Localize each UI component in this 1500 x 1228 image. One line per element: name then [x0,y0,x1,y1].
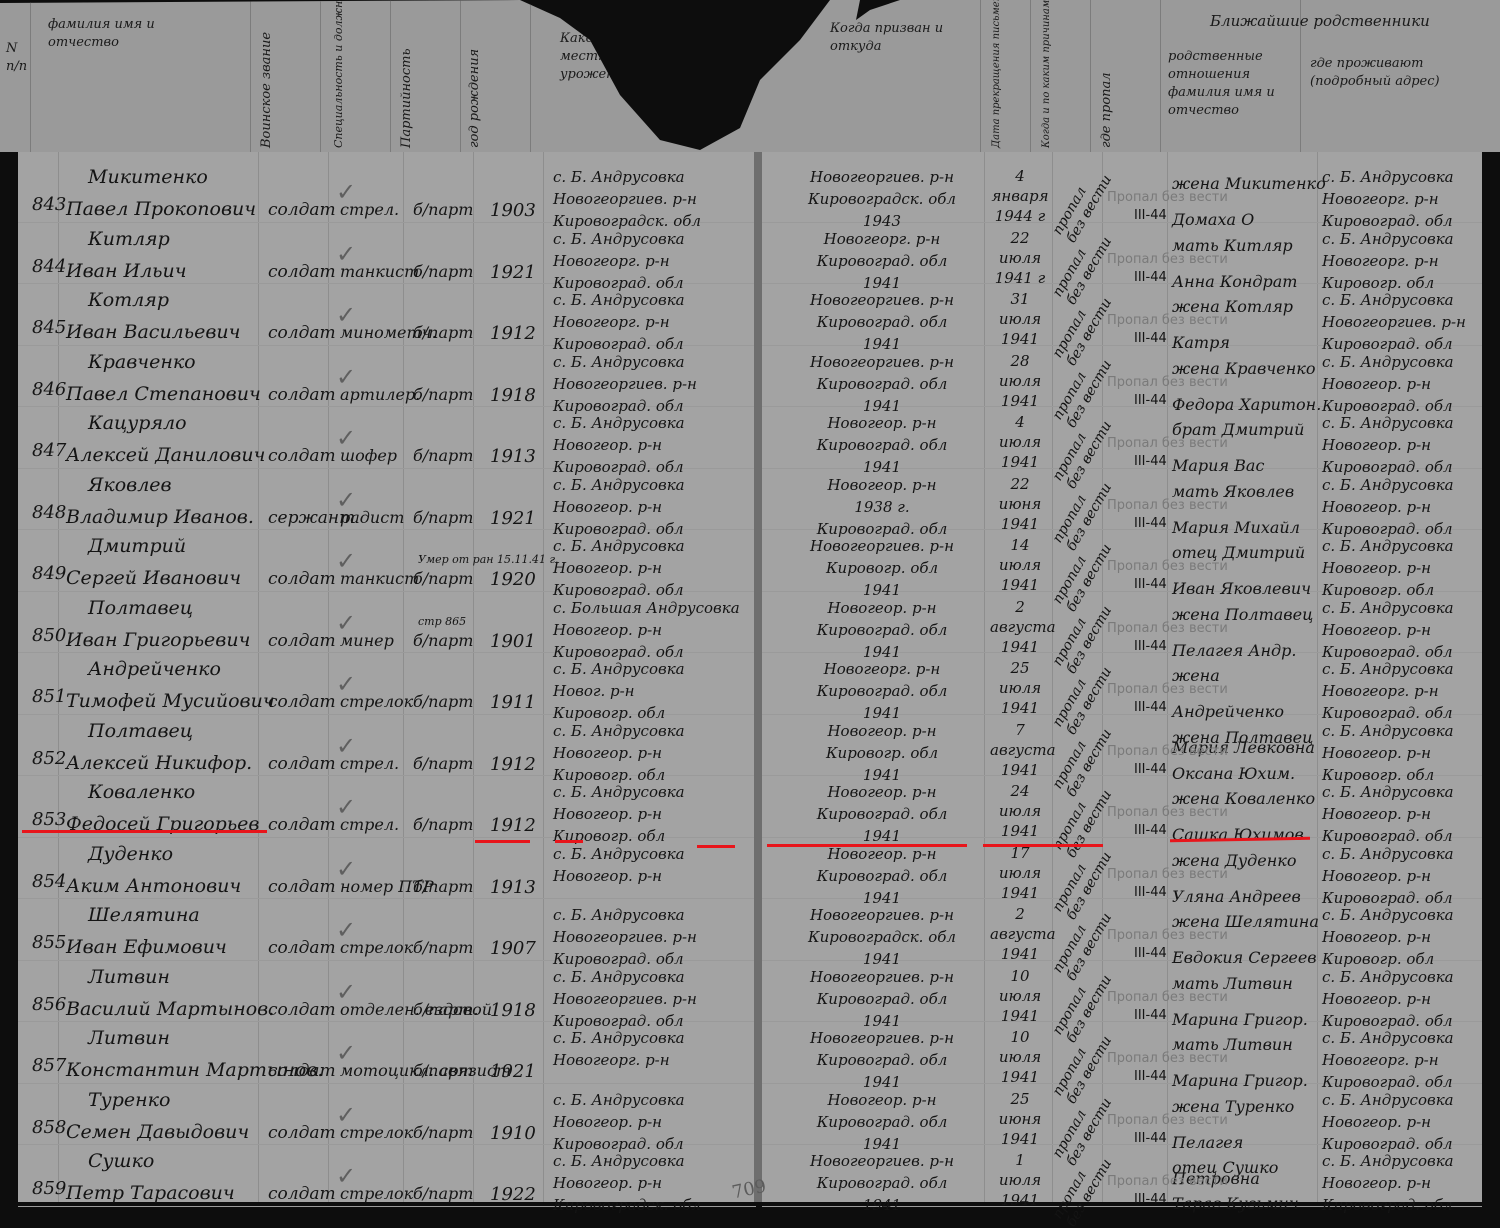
record-mark: III-44 [1134,1008,1167,1023]
record-mark: III-44 [1134,516,1167,531]
divider [18,1083,756,1084]
check-mark-icon: ✓ [336,916,356,944]
record-birth-year: 1911 [490,692,536,713]
record-mark: III-44 [1134,946,1167,961]
record-birth-year: 1903 [490,200,536,221]
header-birthplace: Какой местности уроженец [560,30,640,84]
record-rank: солдат [268,877,336,897]
record-last-contact: 25июля1941 [990,658,1050,718]
record-drafted: Новогеор. р-нКировогр. обл1941 [782,720,982,786]
record-drafted: Новогеорг. р-нКировоград. обл1941 [782,228,982,294]
record-relative-address: с. Б. АндрусовкаНовогеор. р-нКировогр. о… [1322,904,1482,970]
record-rank: солдат [268,815,336,835]
record-last-contact: 25июня1941 [990,1089,1050,1149]
record-last-contact: 28июля1941 [990,351,1050,411]
record-party: б/парт [413,1061,473,1080]
record-birthplace: с. Б. АндрусовкаНовогеоргиев. р-нКировог… [553,966,743,1032]
check-mark-icon: ✓ [336,670,356,698]
record-relative-address: с. Б. АндрусовкаНовогеор. р-нКировогр. о… [1322,535,1482,601]
record-party: б/парт [413,938,473,957]
record-birth-year: 1918 [490,1000,536,1021]
check-mark-icon: ✓ [336,424,356,452]
record-birthplace: с. Большая АндрусовкаНовогеор. р-нКирово… [553,597,743,663]
divider [30,0,31,152]
record-surname: Коваленко [88,781,195,803]
record-rank: солдат [268,754,336,774]
record-birthplace: с. Б. АндрусовкаНовогеоргиев. р-нКировог… [553,904,743,970]
divider [18,898,756,899]
header-specialty: Специальность и должность [330,0,348,148]
record-drafted: Новогеоргиев. р-нКировоград. обл1941 [782,966,982,1032]
record-surname: Микитенко [88,166,208,188]
record-birthplace: с. Б. АндрусовкаНовогеор. р-н [553,843,743,887]
record-note: стр 865 [418,615,466,628]
record-birthplace: с. Б. АндрусовкаНовогеоргиев. р-нКировог… [553,166,743,232]
record-birth-year: 1912 [490,754,536,775]
record-mark: III-44 [1134,1069,1167,1084]
record-birth-year: 1921 [490,1061,536,1082]
record-last-contact: 2августа1941 [990,904,1050,964]
record-number: 850 [32,625,66,646]
record-surname: Полтавец [88,720,193,742]
record-rank: солдат [268,631,336,651]
record-given-name: Павел Прокопович [66,198,256,220]
record-party: б/парт [413,200,473,219]
record-rank: солдат [268,1184,336,1204]
record-party: б/парт [413,1123,473,1142]
record-rank: солдат [268,1061,336,1081]
record-given-name: Алексей Никифор. [66,752,252,774]
record-number: 846 [32,379,66,400]
record-relative-address: с. Б. АндрусовкаНовогеор. р-нКировоград.… [1322,1089,1482,1155]
header-where: где пропал [1098,72,1116,148]
record-rank: солдат [268,692,336,712]
record-given-name: Семен Давыдович [66,1121,249,1143]
record-party: б/парт [413,631,473,650]
record-birthplace: с. Б. АндрусовкаНовогеоргиев. р-нКировог… [553,351,743,417]
record-drafted: Новогеор. р-нКировоград. обл1941 [782,843,982,909]
record-relative-address: с. Б. АндрусовкаНовогеоргиев. р-нКировог… [1322,289,1482,355]
record-party: б/парт [413,262,473,281]
record-relative-address: с. Б. АндрусовкаНовогеор. р-нКировоград.… [1322,474,1482,540]
check-mark-icon: ✓ [336,1039,356,1067]
record-relative-address: с. Б. АндрусовкаНовогеор. р-нКировогр. о… [1322,720,1482,786]
record-last-contact: 17июля1941 [990,843,1050,903]
divider [390,0,391,152]
record-rank: солдат [268,323,336,343]
check-mark-icon: ✓ [336,301,356,329]
record-drafted: Новогеоргиев. р-нКировоград. обл1941 [782,1027,982,1093]
record-number: 844 [32,256,66,277]
record-birth-year: 1910 [490,1123,536,1144]
record-last-contact: 14июля1941 [990,535,1050,595]
record-birth-year: 1912 [490,815,536,836]
header-birth-year: год рождения [466,49,484,148]
record-surname: Андрейченко [88,658,221,680]
record-given-name: Иван Васильевич [66,321,240,343]
header-last-contact: Дата прекращения письменной связи [988,0,1006,148]
record-number: 857 [32,1055,66,1076]
record-surname: Литвин [88,966,170,988]
record-birthplace: с. Б. АндрусовкаНовогеорг. р-н [553,1027,743,1071]
check-mark-icon: ✓ [336,486,356,514]
header-drafted: Когда призван и откуда [830,20,970,56]
check-mark-icon: ✓ [336,240,356,268]
record-mark: III-44 [1134,639,1167,654]
record-given-name: Иван Григорьевич [66,629,250,651]
record-birthplace: с. Б. АндрусовкаНовогеор. р-нКировоград.… [553,535,743,601]
record-last-contact: 24июля1941 [990,781,1050,841]
divider [460,0,461,152]
record-given-name: Петр Тарасович [66,1182,235,1204]
divider [984,152,985,1202]
header-fate: Когда и по каким причинам выбыл [1038,0,1056,148]
check-mark-icon: ✓ [336,1162,356,1190]
record-birthplace: с. Б. АндрусовкаНовогеор. р-нКировоград.… [553,412,743,478]
record-mark: III-44 [1134,577,1167,592]
check-mark-icon: ✓ [336,732,356,760]
record-surname: Дуденко [88,843,173,865]
check-mark-icon: ✓ [336,609,356,637]
record-drafted: Новогеор. р-нКировоград. обл1941 [782,412,982,478]
highlight-underline [983,844,1103,847]
record-birthplace: с. Б. АндрусовкаНовогеор. р-нКировоград.… [553,474,743,540]
record-birth-year: 1918 [490,385,536,406]
divider [1167,152,1168,1202]
record-relative-address: с. Б. АндрусовкаНовогеорг. р-нКировогр. … [1322,228,1482,294]
record-relative: отец СушкоТарас Кузьмич [1172,1150,1327,1222]
record-last-contact: 7августа1941 [990,720,1050,780]
record-last-contact: 1июля1941 [990,1150,1050,1210]
record-given-name: Тимофей Мусийович [66,690,275,712]
record-number: 858 [32,1117,66,1138]
record-relative-address: с. Б. АндрусовкаНовогеорг. р-нКировоград… [1322,166,1482,232]
record-relative-address: с. Б. АндрусовкаНовогеор. р-нКировоград.… [1322,1150,1482,1216]
record-party: б/парт. [413,1000,479,1019]
record-mark: III-44 [1134,885,1167,900]
record-birthplace: с. Б. АндрусовкаНовогеорг. р-нКировоград… [553,289,743,355]
record-party: б/парт [413,1184,473,1203]
record-surname: Литвин [88,1027,170,1049]
divider [403,152,404,1202]
record-drafted: Новогеоргиев. р-нКировоградск. обл1941 [782,904,982,970]
check-mark-icon: ✓ [336,793,356,821]
record-relative-address: с. Б. АндрусовкаНовогеор. р-нКировоград.… [1322,843,1482,909]
record-last-contact: 10июля1941 [990,1027,1050,1087]
check-mark-icon: ✓ [336,547,356,575]
record-birthplace: с. Б. АндрусовкаНовогеор. р-нКировоград.… [553,1089,743,1155]
record-relative-address: с. Б. АндрусовкаНовогеорг. р-нКировоград… [1322,658,1482,724]
header-relatives-group: Ближайшие родственники [1210,12,1430,30]
record-last-contact: 22июля1941 г [990,228,1050,288]
divider [530,0,531,152]
record-given-name: Алексей Данилович [66,444,265,466]
record-drafted: Новогеор. р-н1938 г.Кировоград. обл [782,474,982,540]
record-birth-year: 1913 [490,877,536,898]
record-rank: солдат [268,200,336,220]
record-last-contact: 31июля1941 [990,289,1050,349]
divider [1052,152,1053,1202]
record-birth-year: 1921 [490,262,536,283]
record-mark: III-44 [1134,700,1167,715]
record-drafted: Новогеор. р-нКировоград. обл1941 [782,597,982,663]
record-birthplace: с. Б. АндрусовкаНовогеорг. р-нКировоград… [553,228,743,294]
divider [543,152,544,1202]
check-mark-icon: ✓ [336,178,356,206]
record-party: б/парт [413,754,473,773]
highlight-underline [22,830,267,833]
record-given-name: Сергей Иванович [66,567,241,589]
record-mark: III-44 [1134,454,1167,469]
divider [328,152,329,1202]
divider [58,152,59,1202]
header-number: N п/п [6,40,28,76]
divider [320,0,321,152]
header-relative: родственные отношения фамилия имя и отче… [1168,48,1288,120]
left-page: Микитенко843Павел Прокоповичсолдатстрел.… [18,152,756,1202]
record-surname: Полтавец [88,597,193,619]
check-mark-icon: ✓ [336,978,356,1006]
record-surname: Сушко [88,1150,154,1172]
record-note: Умер от ран 15.11.41 г. [418,553,559,566]
record-birthplace: с. Б. АндрусовкаНовогеор. р-нКировогр. о… [553,781,743,847]
record-rank: солдат [268,938,336,958]
record-drafted: Новогеоргиев. р-нКировоград. обл1941 [782,1150,982,1216]
record-number: 856 [32,994,66,1015]
check-mark-icon: ✓ [336,363,356,391]
record-birth-year: 1922 [490,1184,536,1205]
record-rank: солдат [268,569,336,589]
record-number: 845 [32,317,66,338]
record-party: б/парт [413,508,473,527]
record-number: 854 [32,871,66,892]
record-surname: Шелятина [88,904,200,926]
record-given-name: Василий Мартынов. [66,998,274,1020]
record-surname: Яковлев [88,474,172,496]
highlight-underline [697,845,735,848]
highlight-underline [555,840,583,843]
divider [258,152,259,1202]
record-surname: Дмитрий [88,535,186,557]
record-birthplace: с. Б. АндрусовкаНовогеор. р-нКировоградс… [553,1150,743,1216]
record-mark: III-44 [1134,331,1167,346]
record-given-name: Владимир Иванов. [66,506,254,528]
divider [250,0,251,152]
header-party: Партийность [398,48,416,148]
record-birthplace: с. Б. АндрусовкаНовог. р-нКировогр. обл [553,658,743,724]
record-birth-year: 1901 [490,631,536,652]
divider [1090,0,1091,152]
record-rank: солдат [268,446,336,466]
record-mark: III-44 [1134,208,1167,223]
record-mark: III-44 [1134,393,1167,408]
record-last-contact: 4июля1941 [990,412,1050,472]
record-drafted: Новогеор. р-нКировоград. обл1941 [782,1089,982,1155]
highlight-underline [475,840,530,843]
record-rank: солдат [268,262,336,282]
record-party: б/парт [413,877,473,896]
record-relative-address: с. Б. АндрусовкаНовогеор. р-нКировоград.… [1322,966,1482,1032]
record-number: 851 [32,686,66,707]
divider [1160,0,1161,152]
record-relative-address: с. Б. АндрусовкаНовогеор. р-нКировоград.… [1322,781,1482,847]
record-number: 859 [32,1178,66,1199]
header-address: где проживают (подробный адрес) [1310,55,1490,91]
record-birth-year: 1913 [490,446,536,467]
highlight-underline [767,844,967,847]
record-drafted: Новогеорг. р-нКировоград. обл1941 [782,658,982,724]
record-relative-address: с. Б. АндрусовкаНовогеор. р-нКировоград.… [1322,351,1482,417]
record-last-contact: 10июля1941 [990,966,1050,1026]
header-rank: Воинское звание [258,32,276,148]
record-mark: III-44 [1134,762,1167,777]
divider [473,152,474,1202]
record-birthplace: с. Б. АндрусовкаНовогеор. р-нКировогр. о… [553,720,743,786]
record-rank: солдат [268,1000,336,1020]
record-number: 852 [32,748,66,769]
record-surname: Кравченко [88,351,196,373]
record-party: б/парт [413,815,473,834]
record-number: 848 [32,502,66,523]
record-relative-address: с. Б. АндрусовкаНовогеор. р-нКировоград.… [1322,412,1482,478]
record-last-contact: 22июня1941 [990,474,1050,534]
record-given-name: Павел Степанович [66,383,261,405]
record-birth-year: 1920 [490,569,536,590]
record-rank: солдат [268,1123,336,1143]
record-last-contact: 2августа1941 [990,597,1050,657]
record-last-contact: 4января1944 г [990,166,1050,226]
record-number: 849 [32,563,66,584]
record-given-name: Аким Антонович [66,875,241,897]
record-relative-address: с. Б. АндрусовкаНовогеор. р-нКировоград.… [1322,597,1482,663]
record-drafted: Новогеор. р-нКировоград. обл1941 [782,781,982,847]
column-header-strip: N п/п фамилия имя и отчество Воинское зв… [0,0,1500,152]
record-drafted: Новогеоргиев. р-нКировоград. обл1941 [782,351,982,417]
record-birth-year: 1907 [490,938,536,959]
record-number: 847 [32,440,66,461]
record-number: 843 [32,194,66,215]
record-rank: солдат [268,385,336,405]
record-mark: III-44 [1134,823,1167,838]
record-surname: Китляр [88,228,170,250]
record-mark: III-44 [1134,270,1167,285]
divider [980,0,981,152]
header-name: фамилия имя и отчество [48,16,168,52]
record-number: 855 [32,932,66,953]
record-party: б/парт [413,323,473,342]
check-mark-icon: ✓ [336,1101,356,1129]
record-mark: III-44 [1134,1131,1167,1146]
record-party: б/парт [413,692,473,711]
record-party: б/парт [413,569,473,588]
record-birth-year: 1921 [490,508,536,529]
record-given-name: Иван Ефимович [66,936,227,958]
record-surname: Кацуряло [88,412,187,434]
divider [1030,0,1031,152]
record-drafted: Новогеоргиев. р-нКировоградск. обл1943 [782,166,982,232]
record-relative-address: с. Б. АндрусовкаНовогеорг. р-нКировоград… [1322,1027,1482,1093]
record-surname: Котляр [88,289,169,311]
record-birth-year: 1912 [490,323,536,344]
record-drafted: Новогеоргиев. р-нКировогр. обл1941 [782,535,982,601]
record-drafted: Новогеоргиев. р-нКировоград. обл1941 [782,289,982,355]
record-number: 853 [32,809,66,830]
record-party: б/парт [413,446,473,465]
record-given-name: Иван Ильич [66,260,187,282]
record-mark: III-44 [1134,1192,1167,1207]
record-surname: Туренко [88,1089,170,1111]
check-mark-icon: ✓ [336,855,356,883]
record-party: б/парт [413,385,473,404]
right-page: 709 Новогеоргиев. р-нКировоградск. обл19… [762,152,1482,1202]
